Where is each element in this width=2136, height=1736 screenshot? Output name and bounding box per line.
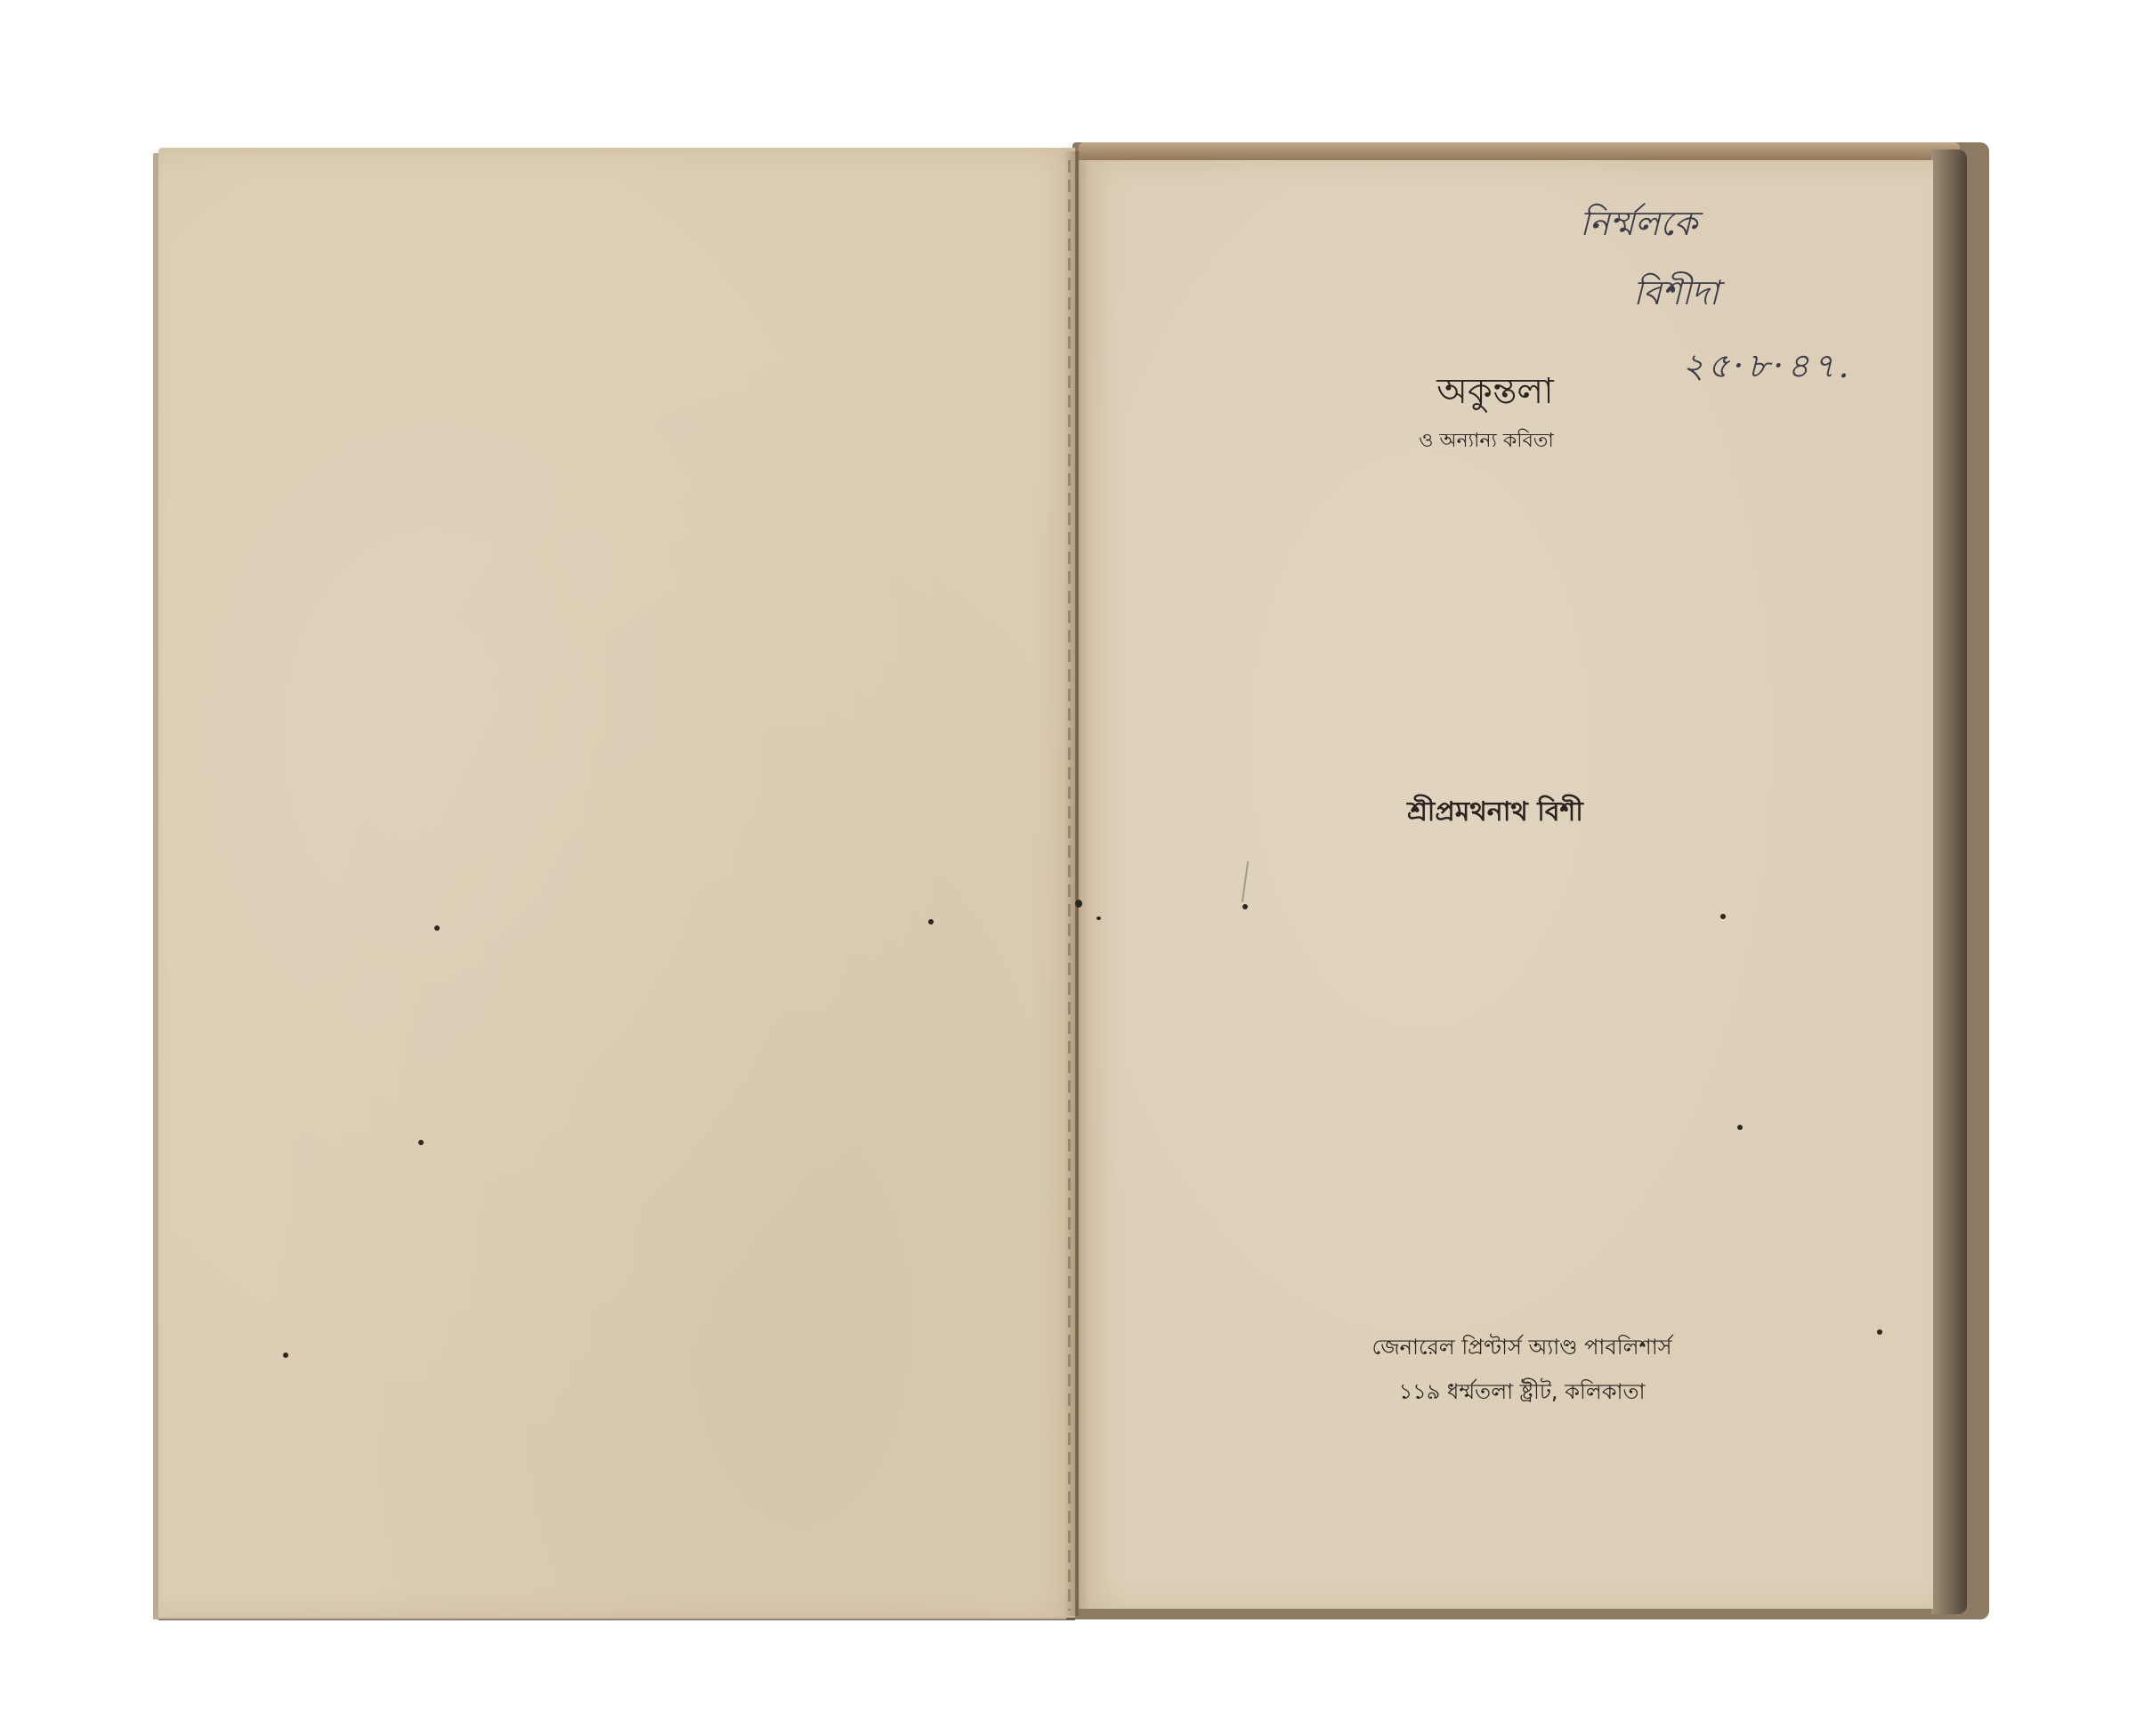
inscription-line-1: নির্ম্মলকে (1580, 198, 1697, 254)
book-title: অকুন্তলা (1353, 363, 1638, 423)
publisher-address: ১১৯ ধর্ম্মতলা ষ্ট্রীট, কলিকাতা (1308, 1376, 1735, 1411)
paper-speck (928, 919, 934, 925)
paper-speck (1242, 904, 1248, 909)
spine-stitching (1068, 160, 1071, 1611)
paper-speck (283, 1352, 288, 1358)
wormhole (1075, 900, 1082, 908)
publisher-name: জেনারেল প্রিণ্টার্স অ্যাণ্ড পাবলিশার্স (1282, 1331, 1762, 1367)
paper-speck (1737, 1125, 1743, 1130)
inscription-line-2: বিশীদা (1633, 267, 1719, 324)
left-endpaper (158, 148, 1075, 1618)
cover-top-edge (1079, 142, 1960, 162)
paper-speck (418, 1140, 424, 1145)
paper-speck (434, 925, 440, 931)
cover-fore-edge (1931, 149, 1967, 1614)
book-author: শ্রীপ্রমথনাথ বিশী (1335, 790, 1655, 836)
inscription-date: ২৫·৮·৪৭. (1682, 340, 1853, 397)
paper-speck (1720, 914, 1726, 919)
paper-speck (1877, 1329, 1882, 1335)
book-subtitle: ও অন্যান্য কবিতা (1308, 425, 1664, 458)
open-book: নির্ম্মলকে বিশীদা ২৫·৮·৪৭. অকুন্তলা ও অন… (0, 0, 2136, 1736)
wormhole (1096, 916, 1101, 920)
